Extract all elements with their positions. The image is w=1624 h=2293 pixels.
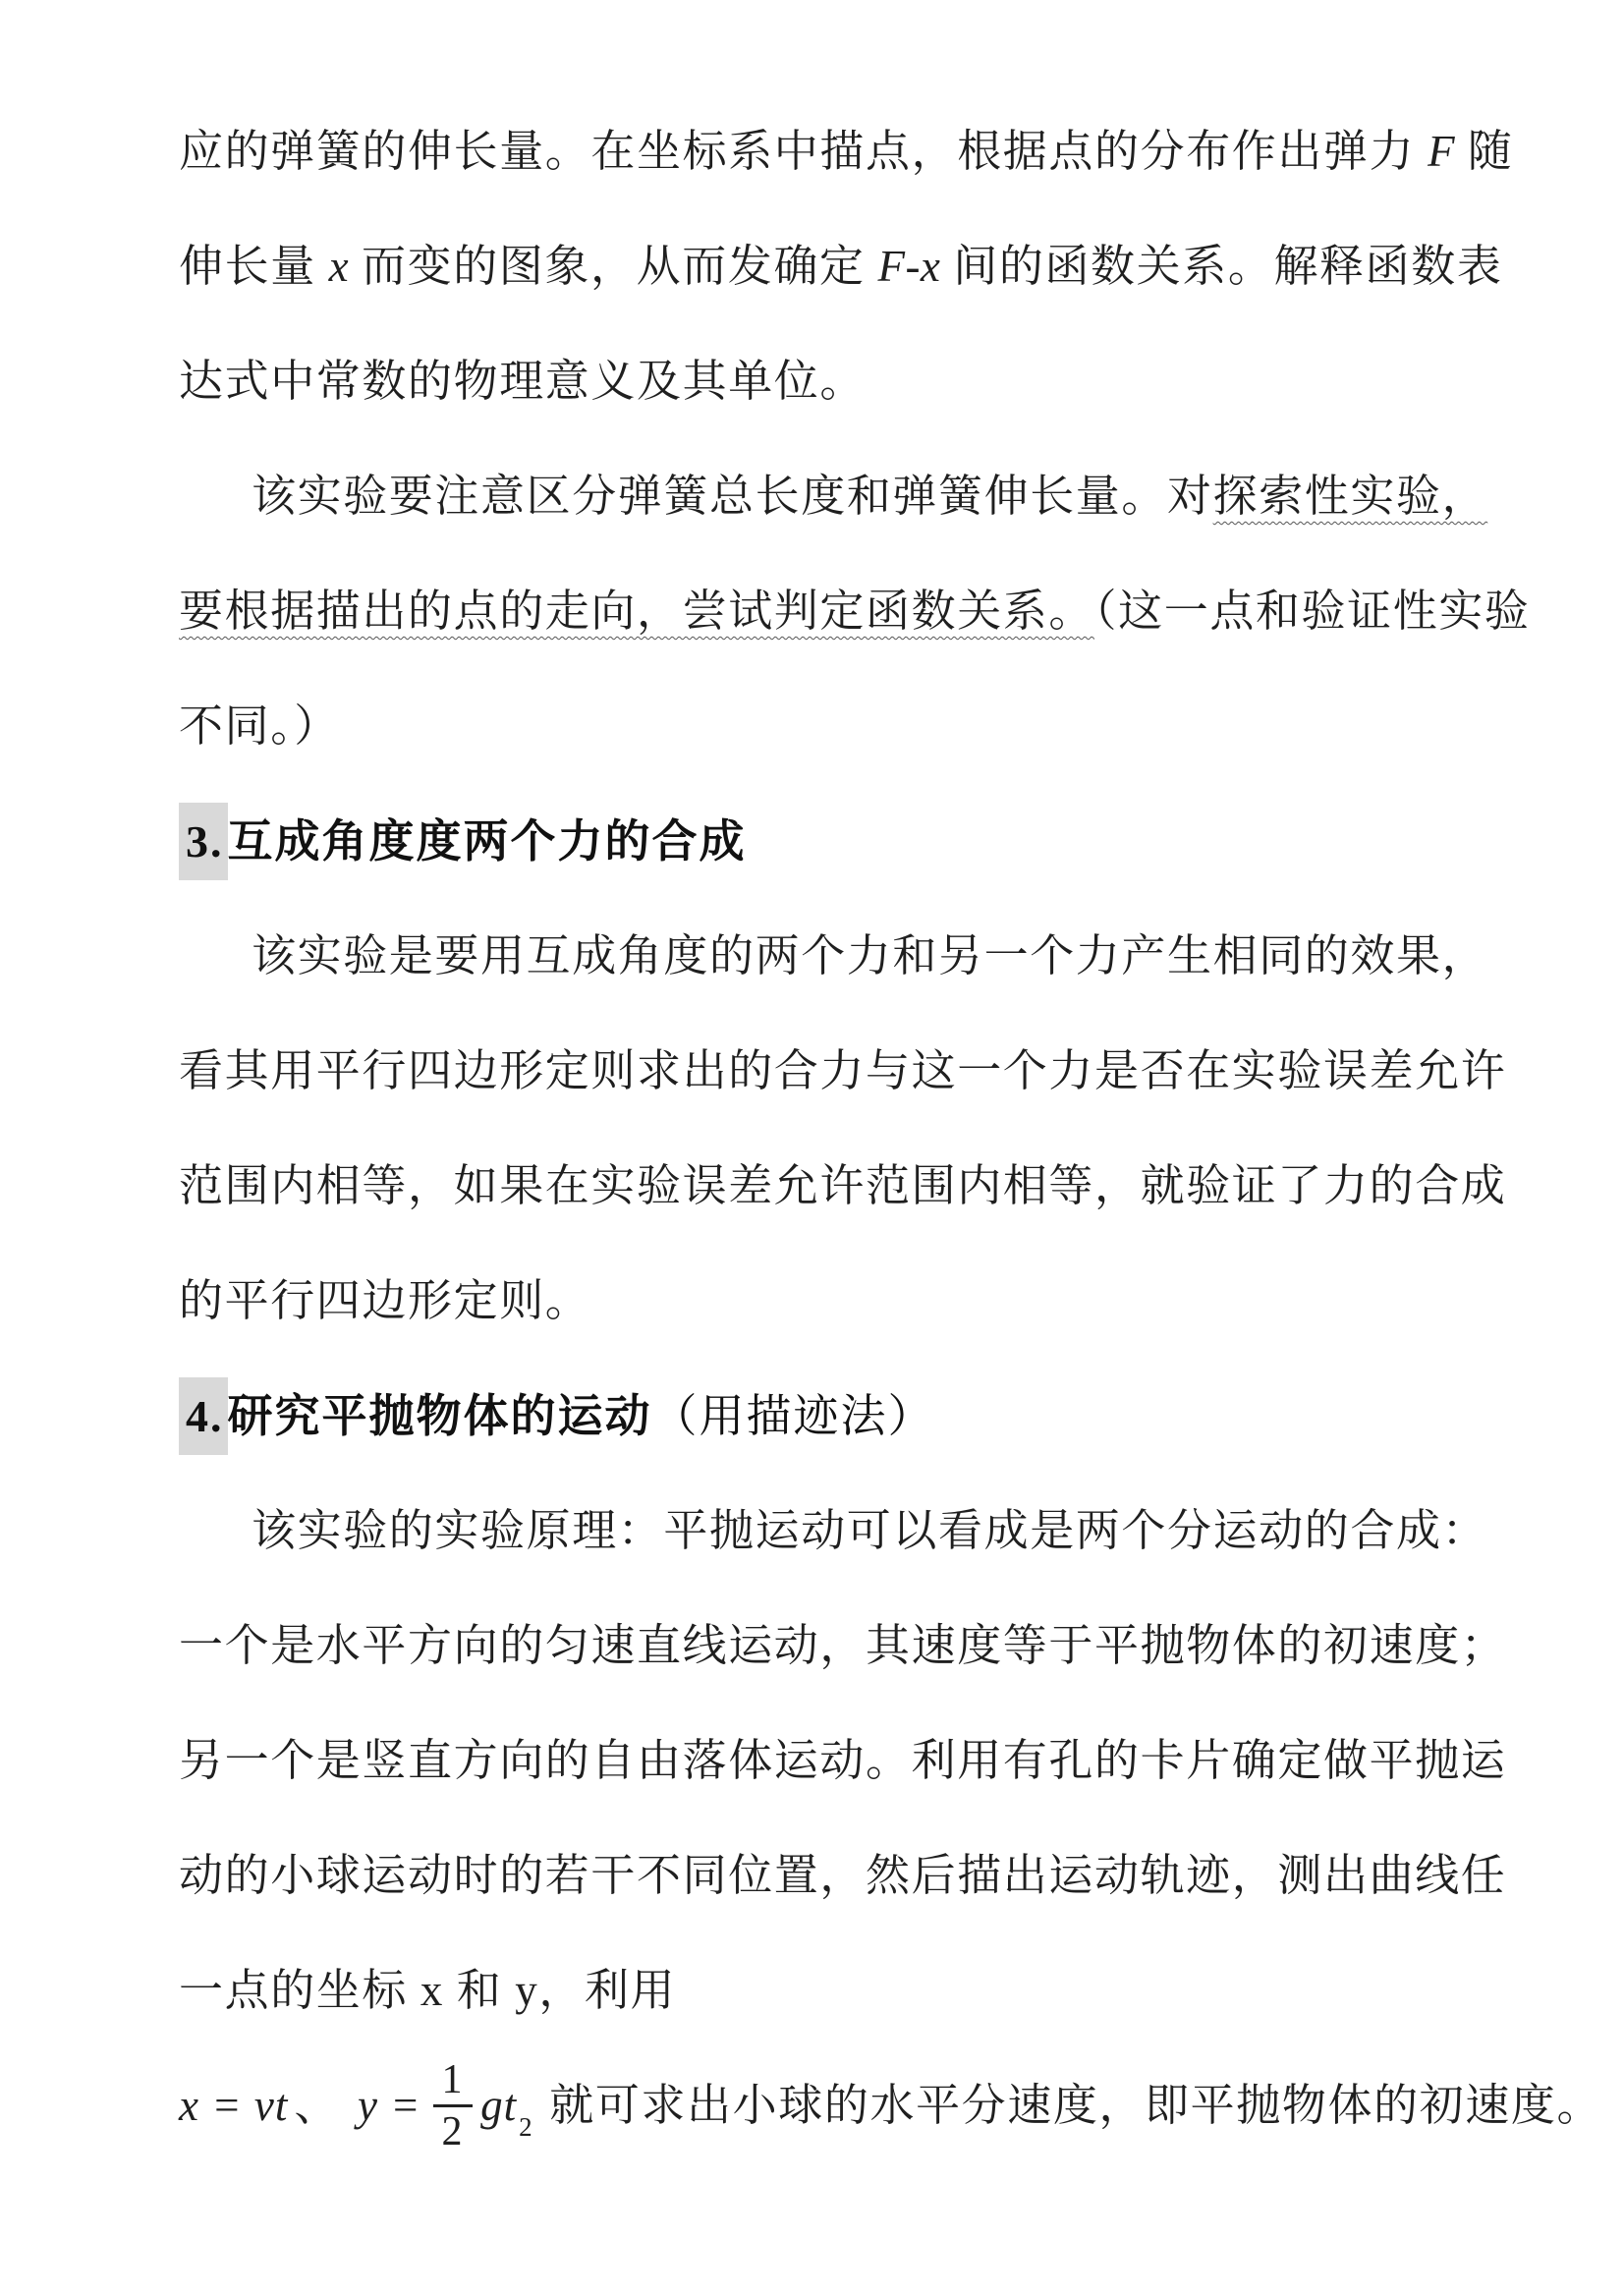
- math-variable: x: [329, 242, 349, 291]
- text-segment: 该实验是要用互成角度的两个力和另一个力产生相同的效果，: [252, 931, 1487, 980]
- text-segment: 不同。）: [179, 701, 340, 751]
- text-line: 看其用平行四边形定则求出的合力与这一个力是否在实验误差允许: [179, 1014, 1544, 1129]
- text-segment: 一个是水平方向的匀速直线运动，其速度等于平抛物体的初速度；: [179, 1621, 1506, 1670]
- text-line: 该实验要注意区分弹簧总长度和弹簧伸长量。对探索性实验，: [179, 439, 1544, 554]
- formula-y-lhs: y =: [358, 2048, 421, 2163]
- text-line: 该实验的实验原理：平抛运动可以看成是两个分运动的合成：: [179, 1474, 1544, 1589]
- section-heading-3: 3.互成角度度两个力的合成: [179, 784, 1544, 899]
- formula-fraction: 12: [433, 2058, 474, 2153]
- text-line: 一个是水平方向的匀速直线运动，其速度等于平抛物体的初速度；: [179, 1589, 1544, 1704]
- text-segment: （这一点和验证性实验: [1094, 587, 1531, 636]
- formula-gt-term: gt: [480, 2048, 517, 2163]
- formula-separator: 、: [294, 2048, 340, 2163]
- text-line: 要根据描出的点的走向，尝试判定函数关系。（这一点和验证性实验: [179, 554, 1544, 669]
- text-line: 该实验是要用互成角度的两个力和另一个力产生相同的效果，: [179, 899, 1544, 1014]
- formula-x-equation: x = vt: [179, 2048, 288, 2163]
- text-line: 的平行四边形定则。: [179, 1244, 1544, 1359]
- section-heading-4: 4.研究平抛物体的运动（用描迹法）: [179, 1359, 1544, 1474]
- formula-superscript: 2: [519, 2070, 533, 2185]
- text-segment: 的平行四边形定则。: [179, 1276, 590, 1325]
- text-segment: 该实验的实验原理：平抛运动可以看成是两个分运动的合成：: [252, 1506, 1487, 1555]
- text-line: 动的小球运动时的若干不同位置，然后描出运动轨迹，测出曲线任: [179, 1818, 1544, 1933]
- heading-note: （用描迹法）: [652, 1391, 935, 1441]
- document-page: 应的弹簧的伸长量。在坐标系中描点，根据点的分布作出弹力 F 随 伸长量 x 而变…: [0, 0, 1624, 2293]
- text-line: 范围内相等，如果在实验误差允许范围内相等，就验证了力的合成: [179, 1129, 1544, 1244]
- document-body: 应的弹簧的伸长量。在坐标系中描点，根据点的分布作出弹力 F 随 伸长量 x 而变…: [179, 94, 1544, 2163]
- formula-line: x = vt 、 y = 12 gt 2 就可求出小球的水平分速度，即平抛物体的…: [179, 2048, 1544, 2163]
- heading-text: 互成角度度两个力的合成: [228, 816, 747, 867]
- text-segment: 动的小球运动时的若干不同位置，然后描出运动轨迹，测出曲线任: [179, 1851, 1506, 1900]
- heading-number-highlight: 4.: [179, 1377, 228, 1455]
- text-segment: 另一个是竖直方向的自由落体运动。利用有孔的卡片确定做平抛运: [179, 1736, 1506, 1785]
- text-line: 应的弹簧的伸长量。在坐标系中描点，根据点的分布作出弹力 F 随: [179, 94, 1544, 209]
- text-line: 达式中常数的物理意义及其单位。: [179, 324, 1544, 439]
- text-line: 伸长量 x 而变的图象，从而发确定 F-x 间的函数关系。解释函数表: [179, 209, 1544, 324]
- text-segment: 范围内相等，如果在实验误差允许范围内相等，就验证了力的合成: [179, 1161, 1506, 1210]
- text-segment: 看其用平行四边形定则求出的合力与这一个力是否在实验误差允许: [179, 1046, 1506, 1095]
- text-segment: 达式中常数的物理意义及其单位。: [179, 357, 866, 406]
- wavy-underlined-text: 要根据描出的点的走向，尝试判定函数关系。: [179, 587, 1094, 636]
- text-line: 不同。）: [179, 669, 1544, 784]
- text-line: 一点的坐标 x 和 y，利用: [179, 1933, 1544, 2048]
- text-segment: 伸长量: [179, 242, 329, 291]
- text-segment: 一点的坐标 x 和 y，利用: [179, 1966, 676, 2015]
- text-segment: 随: [1455, 127, 1513, 176]
- math-variable: F: [1428, 127, 1455, 176]
- formula-tail-text: 就可求出小球的水平分速度，即平抛物体的初速度。: [549, 2048, 1602, 2163]
- text-segment: 应的弹簧的伸长量。在坐标系中描点，根据点的分布作出弹力: [179, 127, 1428, 176]
- text-line: 另一个是竖直方向的自由落体运动。利用有孔的卡片确定做平抛运: [179, 1704, 1544, 1818]
- heading-number-highlight: 3.: [179, 803, 228, 880]
- fraction-numerator: 1: [433, 2058, 474, 2107]
- text-segment: 而变的图象，从而发确定: [349, 242, 877, 291]
- text-segment: 该实验要注意区分弹簧总长度和弹簧伸长量。对: [252, 472, 1213, 521]
- math-variable: F-x: [877, 242, 940, 291]
- text-segment: 间的函数关系。解释函数表: [940, 242, 1502, 291]
- fraction-denominator: 2: [442, 2107, 465, 2153]
- wavy-underlined-text: 探索性实验，: [1213, 472, 1488, 521]
- heading-text: 研究平抛物体的运动: [228, 1391, 652, 1441]
